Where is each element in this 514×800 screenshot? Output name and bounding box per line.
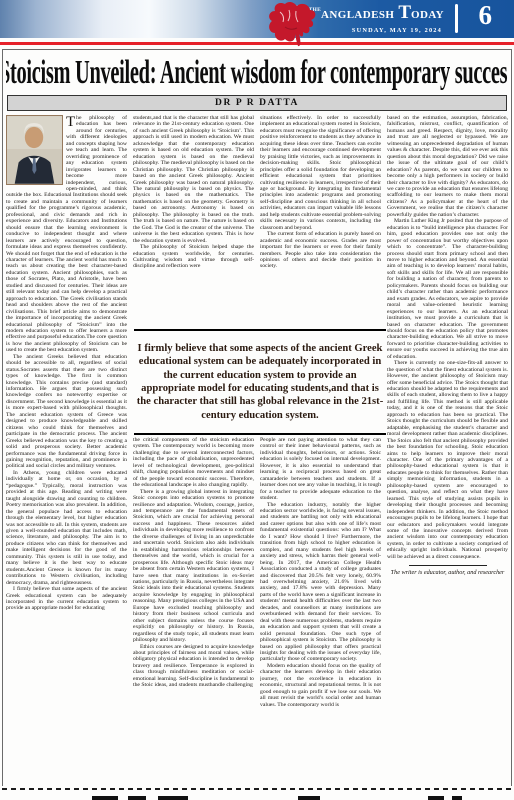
column-2-above-quote: students,and that is the character that … <box>133 115 254 327</box>
paragraph: based on the estimation, assumption, fab… <box>387 115 508 218</box>
paragraph: I firmly believe that some aspects of th… <box>6 586 127 612</box>
credit-text: The writer is educator, author, and rese… <box>387 569 508 576</box>
cutoff-glyphs <box>452 796 462 800</box>
column-1: The philosophy of education has been aro… <box>6 115 127 786</box>
column-3: situations effectively. In order to succ… <box>260 115 381 786</box>
column-3-above-quote: situations effectively. In order to succ… <box>260 115 381 327</box>
cutoff-glyphs <box>298 796 320 800</box>
drop-cap: T <box>66 115 76 128</box>
paragraph: People are not paying attention to what … <box>260 437 381 502</box>
paragraph: Modern education should focus on the qua… <box>260 663 381 708</box>
paragraph: There is a growing global interest in in… <box>133 489 254 644</box>
logo-oday: ODAY <box>411 9 444 21</box>
paragraph: The education industry, notably the high… <box>260 502 381 663</box>
pull-quote: I firmly believe that some aspects of th… <box>134 329 386 435</box>
byline-text: DR P R DATTA <box>215 98 299 108</box>
paragraph: There is currently no one-size-fits-all … <box>387 360 508 560</box>
column-3-below-quote: People are not paying attention to what … <box>260 437 381 708</box>
red-rule <box>0 42 514 45</box>
paragraph: The current form of education is purely … <box>260 231 381 270</box>
column-2-below-quote: the critical components of the stoicism … <box>133 437 254 689</box>
next-article-fragment <box>0 794 514 800</box>
cutoff-glyphs <box>128 796 146 800</box>
logo-angladesh: ANGLADESH <box>321 9 394 21</box>
cutoff-glyphs <box>92 796 118 800</box>
headline-text: Stoicism Unveiled: Ancient wisdom for co… <box>6 54 508 92</box>
page-number-divider <box>455 4 459 33</box>
logo-letter-t: T <box>398 2 411 23</box>
paragraph: the critical components of the stoicism … <box>133 437 254 489</box>
paragraph: The philosophy of Stoicism helped shape … <box>133 244 254 270</box>
page-number: 6 <box>479 0 493 31</box>
cutoff-glyphs <box>158 796 188 800</box>
cutoff-glyphs <box>428 796 444 800</box>
paragraph: Ethics courses are designed to acquire k… <box>133 644 254 689</box>
paragraph: students,and that is the character that … <box>133 115 254 244</box>
dashed-separator <box>2 788 512 790</box>
byline-bar: DR P R DATTA <box>7 95 507 111</box>
column-4: based on the estimation, assumption, fab… <box>387 115 508 786</box>
column-2: students,and that is the character that … <box>133 115 254 786</box>
paragraph: Martin Luther King Jr posited that the p… <box>387 218 508 360</box>
headline: Stoicism Unveiled: Ancient wisdom for co… <box>6 52 508 94</box>
bangladesh-map-icon <box>264 1 330 47</box>
credit-divider <box>409 565 487 566</box>
author-photo <box>6 115 63 185</box>
article-body: The philosophy of education has been aro… <box>6 115 508 786</box>
writer-credit: The writer is educator, author, and rese… <box>387 565 508 576</box>
paragraph: In Athens, young children were educated … <box>6 470 127 586</box>
pull-quote-text: I firmly believe that some aspects of th… <box>136 342 384 422</box>
article-frame: Stoicism Unveiled: Ancient wisdom for co… <box>2 49 512 786</box>
paragraph: situations effectively. In order to succ… <box>260 115 381 231</box>
paragraph: The ancient Greeks believed that educati… <box>6 354 127 470</box>
newspaper-page: BTHEANGLADESH TODAY SUNDAY, MAY 19, 2024… <box>0 0 514 800</box>
masthead-banner: BTHEANGLADESH TODAY SUNDAY, MAY 19, 2024… <box>0 0 514 38</box>
